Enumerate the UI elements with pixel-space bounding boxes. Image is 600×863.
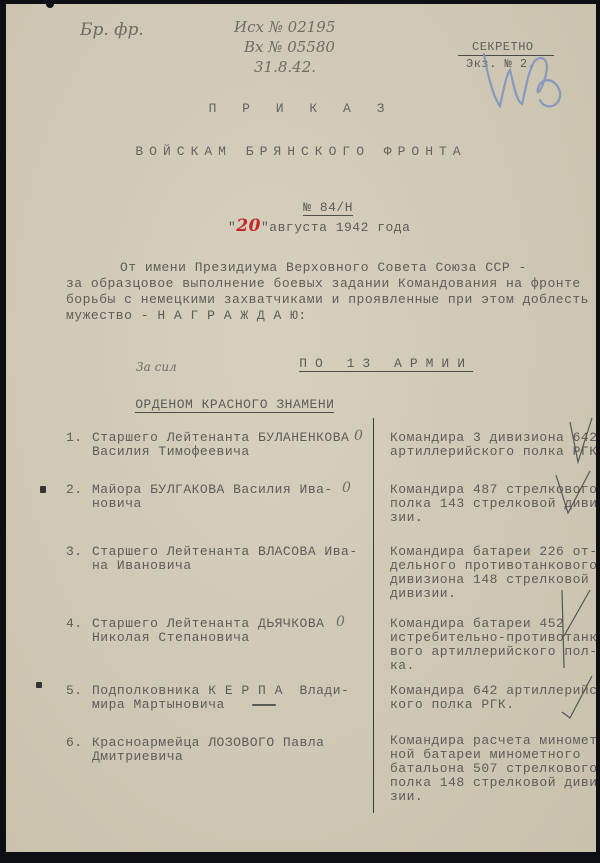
awardee-4-position-line-4: ка. <box>390 659 415 673</box>
awardee-4-position-line-1: Командира батареи 452 <box>390 617 564 631</box>
awardee-3-name-line-2: на Ивановича <box>92 559 192 573</box>
document-subtitle: ВОЙСКАМ БРЯНСКОГО ФРОНТА <box>6 144 596 159</box>
awardee-3-name-line-1: Старшего Лейтенанта ВЛАСОВА Ива- <box>92 545 358 559</box>
awardee-3-position-line-2: дельного противотанкового <box>390 559 596 573</box>
handwritten-front-note: Бр. фр. <box>80 20 144 40</box>
column-divider <box>373 418 374 813</box>
awardee-1-mark: 0 <box>354 428 363 444</box>
check-mark-icon <box>554 586 594 676</box>
awardee-4-number: 4. <box>66 617 83 631</box>
order-date-day: 20 <box>236 216 261 236</box>
awardee-2-number: 2. <box>66 483 83 497</box>
awardee-3-position-line-4: дивизии. <box>390 587 456 601</box>
awardee-2-name-line-1: Майора БУЛГАКОВА Василия Ива- <box>92 483 333 497</box>
handwritten-date: 31.8.42. <box>254 58 316 76</box>
awardee-6-number: 6. <box>66 736 83 750</box>
awardee-6-position-line-3: батальона 507 стрелкового <box>390 762 596 776</box>
order-date: "20"августа 1942 года <box>228 219 410 235</box>
awardee-1-name-line-2: Василия Тимофеевича <box>92 445 250 459</box>
awardee-5-pencil-mark <box>252 704 276 706</box>
awardee-6-name-line-1: Красноармейца ЛОЗОВОГО Павла <box>92 736 324 750</box>
preamble-line-1: От имени Президиума Верховного Совета Со… <box>120 261 527 275</box>
awardee-6-position-line-2: ной батареи минометного <box>390 748 581 762</box>
page-notch <box>46 4 54 8</box>
awardee-3-position-line-1: Командира батареи 226 от- <box>390 545 596 559</box>
awardee-5-name-line-1: Подполковника К Е Р П А Влади- <box>92 684 349 698</box>
margin-mark <box>36 682 42 688</box>
document-title: П Р И К А З <box>6 101 596 116</box>
awardee-4-name-line-1: Старшего Лейтенанта ДЬЯЧКОВА <box>92 617 324 631</box>
check-mark-icon <box>566 414 596 474</box>
awardee-2-position-line-3: зии. <box>390 511 423 525</box>
awardee-6-position-line-4: полка 148 стрелковой диви- <box>390 776 596 790</box>
section-heading-text: ПО 13 АРМИИ <box>299 356 473 372</box>
handwritten-incoming-number: Вх № 05580 <box>244 38 335 56</box>
preamble-line-2: за образцовое выполнение боевых задании … <box>66 277 581 291</box>
awardee-5-name-line-2: мира Мартыновича <box>92 698 225 712</box>
document-page: Бр. фр. Исх № 02195 Вх № 05580 31.8.42. … <box>6 4 596 852</box>
awardee-3-number: 3. <box>66 545 83 559</box>
awardee-5-position-line-2: кого полка РГК. <box>390 698 515 712</box>
preamble-line-4: мужество - Н А Г Р А Ж Д А Ю: <box>66 309 307 323</box>
preamble-line-3: борьбы с немецкими захватчиками и проявл… <box>66 293 596 307</box>
handwritten-note: 3а сил <box>136 360 177 374</box>
check-mark-icon <box>554 469 594 529</box>
awardee-2-mark: 0 <box>342 480 351 496</box>
order-date-rest: "августа 1942 года <box>261 220 410 235</box>
award-heading-text: ОРДЕНОМ КРАСНОГО ЗНАМЕНИ <box>135 397 334 413</box>
margin-mark <box>40 486 46 493</box>
awardee-4-name-line-2: Николая Степановича <box>92 631 250 645</box>
awardee-6-name-line-2: Дмитриевича <box>92 750 183 764</box>
awardee-4-mark: 0 <box>336 614 345 630</box>
awardee-6-position-line-5: зии. <box>390 790 423 804</box>
awardee-2-name-line-2: новича <box>92 497 142 511</box>
awardee-1-number: 1. <box>66 431 83 445</box>
handwritten-outgoing-number: Исх № 02195 <box>234 18 335 36</box>
awardee-3-position-line-3: дивизиона 148 стрелковой <box>390 573 589 587</box>
award-heading: ОРДЕНОМ КРАСНОГО ЗНАМЕНИ <box>102 384 334 426</box>
awardee-6-position-line-1: Командира расчета миномет- <box>390 734 596 748</box>
check-mark-icon <box>560 672 596 722</box>
awardee-1-name-line-1: Старшего Лейтенанта БУЛАНЕНКОВА <box>92 431 349 445</box>
section-heading: ПО 13 АРМИИ <box>236 343 473 385</box>
order-number-text: № 84/Н <box>303 200 353 216</box>
awardee-5-number: 5. <box>66 684 83 698</box>
